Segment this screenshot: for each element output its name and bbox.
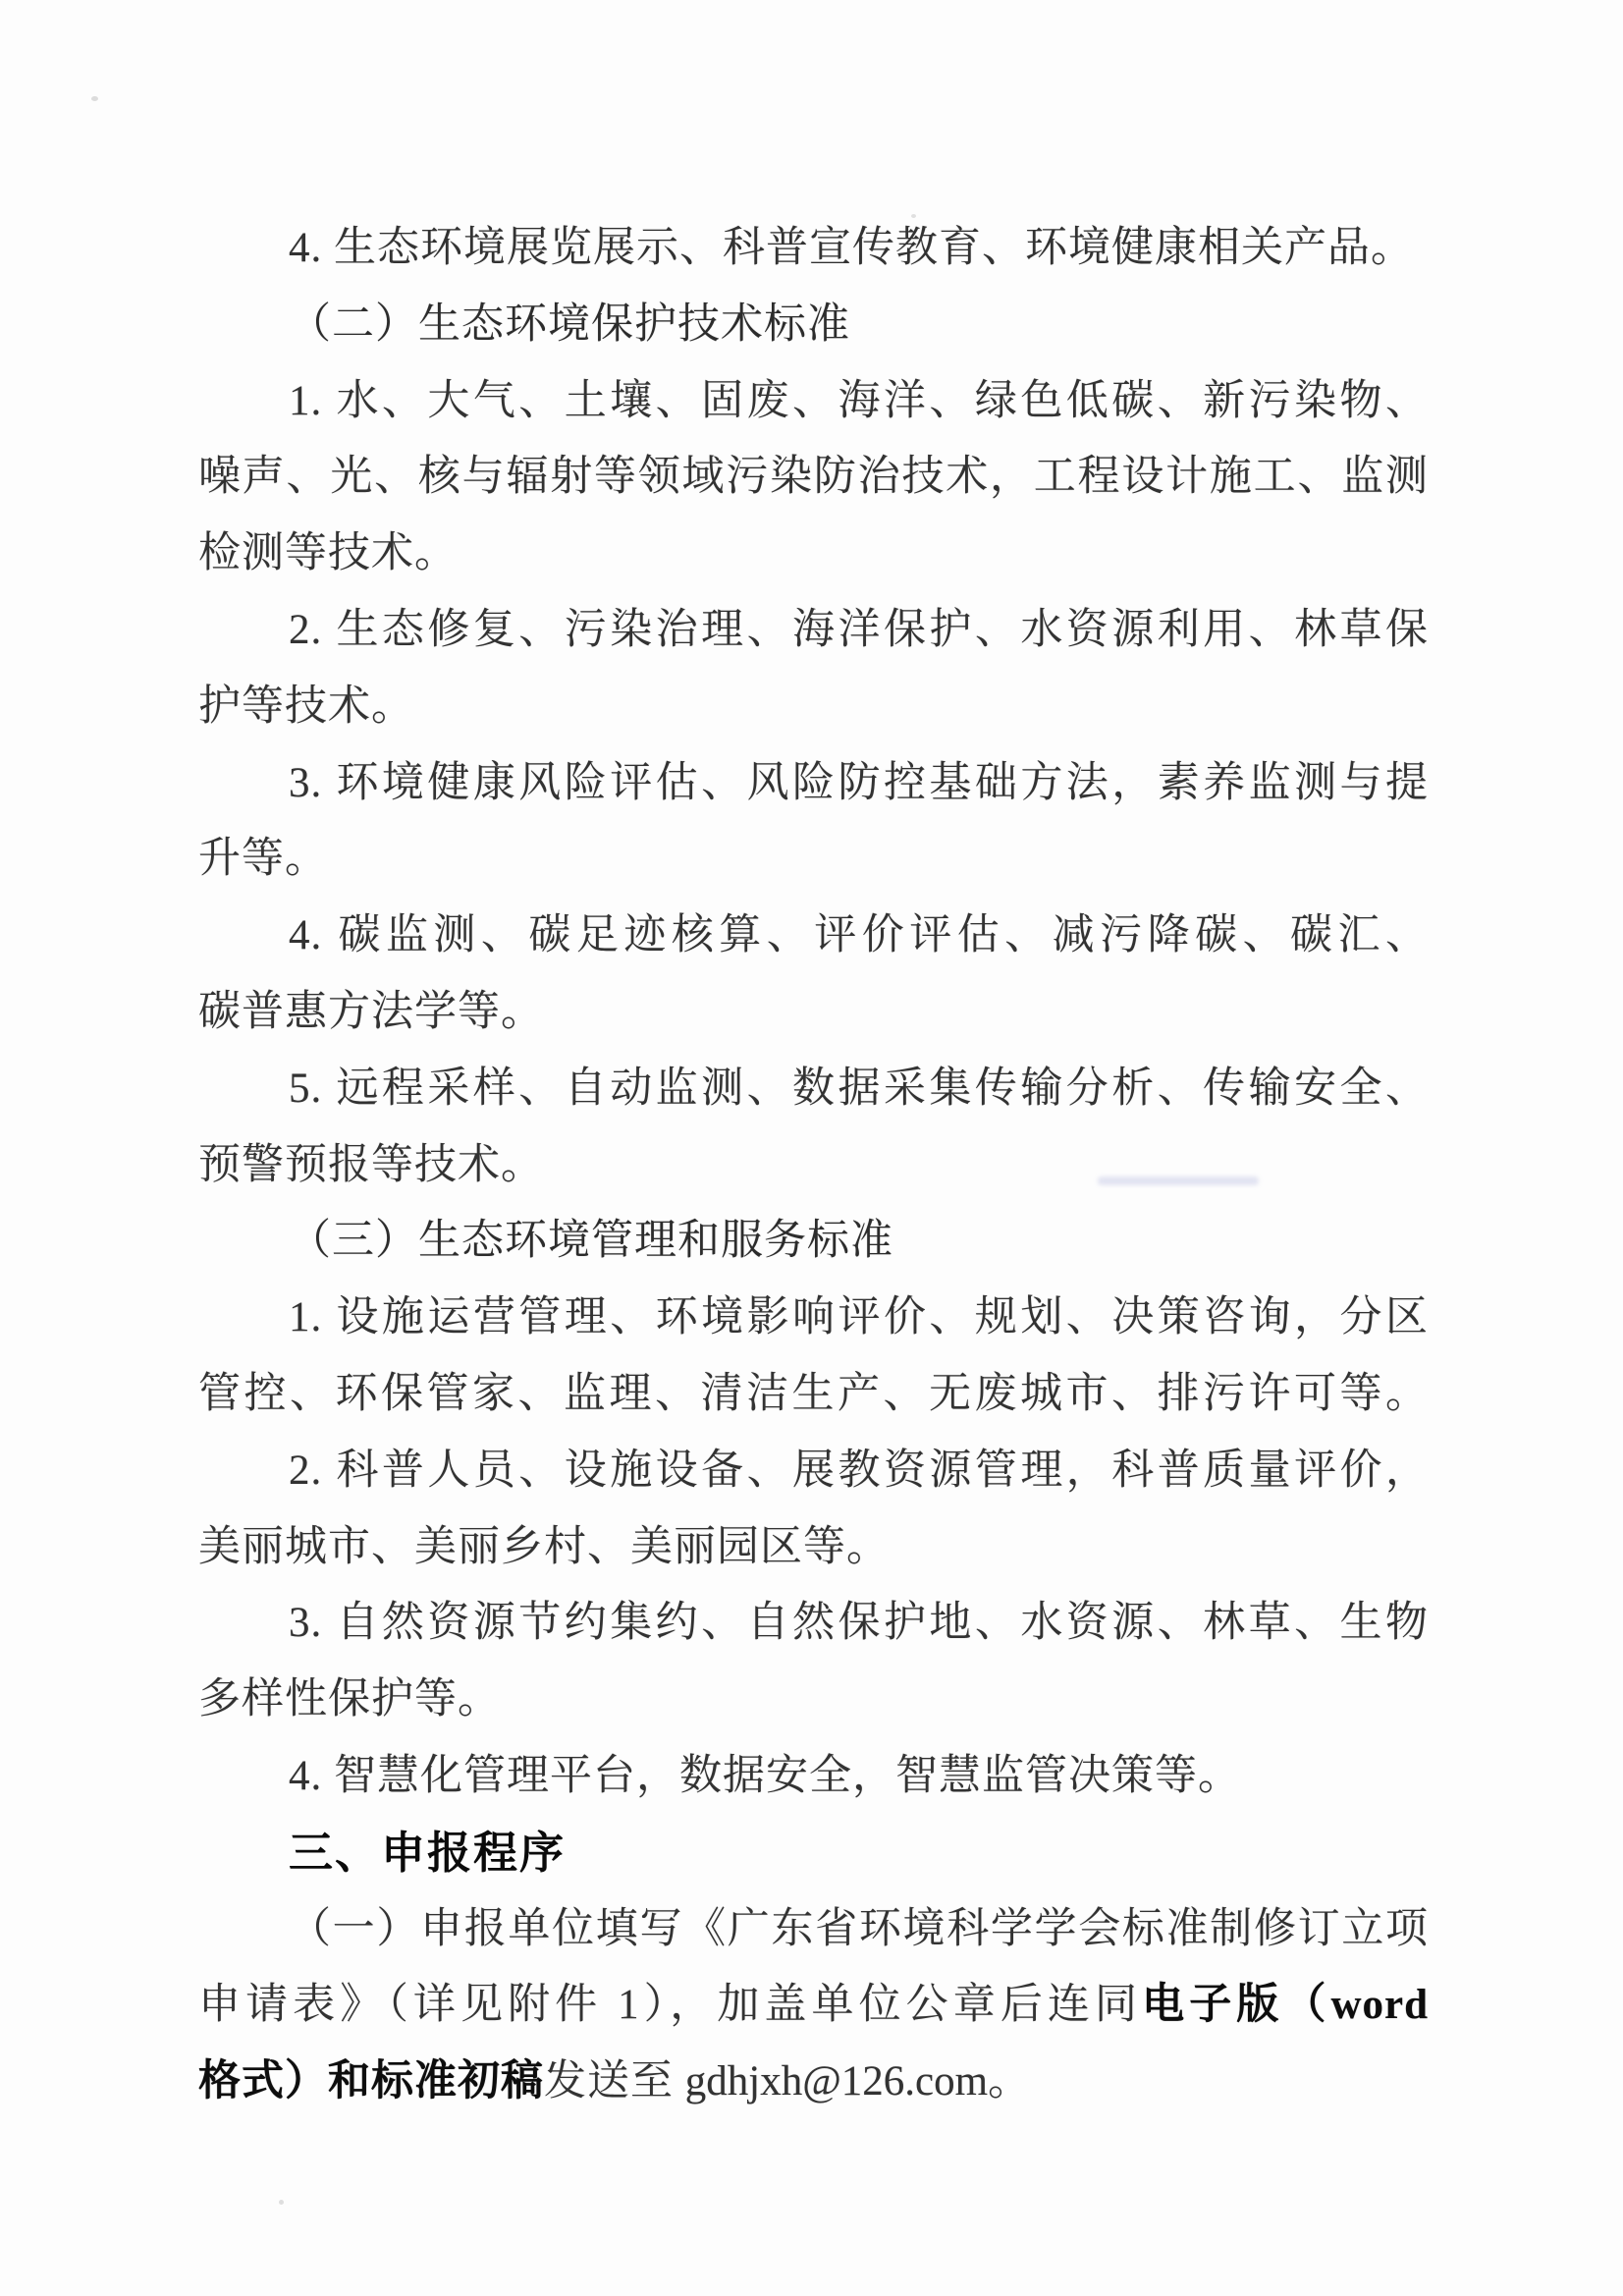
text-line: 4. 碳监测、碳足迹核算、评价评估、减污降碳、碳汇、CCUS、: [198, 898, 1429, 974]
text-line: 碳普惠方法学等。: [198, 974, 1429, 1051]
text-segment: 发送至: [544, 2058, 685, 2105]
text-segment: 3. 环境健康风险评估、风险防控基础方法，素养监测与提: [289, 760, 1429, 806]
document-body: 4. 生态环境展览展示、科普宣传教育、环境健康相关产品。（二）生态环境保护技术标…: [198, 210, 1429, 2120]
text-line: （一）申报单位填写《广东省环境科学学会标准制修订立项: [198, 1891, 1429, 1968]
text-segment: （一）申报单位填写《广东省环境科学学会标准制修订立项: [289, 1906, 1429, 1952]
text-line: 4. 智慧化管理平台，数据安全，智慧监管决策等。: [198, 1738, 1429, 1815]
text-segment: 3. 自然资源节约集约、自然保护地、水资源、林草、生物: [289, 1600, 1429, 1646]
text-line: 升等。: [198, 821, 1429, 898]
text-segment: 4. 智慧化管理平台，数据安全，智慧监管决策等。: [289, 1753, 1241, 1799]
text-segment: 升等。: [198, 836, 328, 882]
scanned-document-page: 4. 生态环境展览展示、科普宣传教育、环境健康相关产品。（二）生态环境保护技术标…: [0, 0, 1623, 2296]
text-segment: 碳普惠方法学等。: [198, 989, 544, 1035]
text-line: 三、申报程序: [198, 1815, 1429, 1891]
text-segment: 管控、环保管家、监理、清洁生产、无废城市、排污许可等。: [198, 1371, 1429, 1417]
text-line: 3. 环境健康风险评估、风险防控基础方法，素养监测与提: [198, 745, 1429, 822]
text-segment: 4. 生态环境展览展示、科普宣传教育、环境健康相关产品。: [289, 225, 1414, 271]
emphasis-text: 格式）和标准初稿: [198, 2058, 544, 2105]
text-segment: 2. 生态修复、污染治理、海洋保护、水资源利用、林草保: [289, 607, 1429, 653]
text-line: 1. 设施运营管理、环境影响评价、规划、决策咨询，分区: [198, 1280, 1429, 1356]
section-heading: （三）生态环境管理和服务标准: [198, 1203, 1429, 1280]
scan-speck: [279, 2200, 284, 2205]
text-segment: 检测等技术。: [198, 530, 458, 576]
section-heading: （二）生态环境保护技术标准: [198, 287, 1429, 363]
text-line: 多样性保护等。: [198, 1662, 1429, 1738]
text-segment: 申请表》（详见附件 1），加盖单位公章后连同: [198, 1982, 1142, 2028]
text-segment: 4. 碳监测、碳足迹核算、评价评估、减污降碳、碳汇、CCUS、: [198, 912, 1429, 974]
bold-heading-text: 三、申报程序: [289, 1828, 566, 1878]
text-line: 噪声、光、核与辐射等领域污染防治技术，工程设计施工、监测: [198, 439, 1429, 516]
text-segment: （三）生态环境管理和服务标准: [289, 1218, 893, 1264]
text-segment: 1. 设施运营管理、环境影响评价、规划、决策咨询，分区: [289, 1294, 1429, 1340]
text-line: 格式）和标准初稿发送至 gdhjxh@126.com。: [198, 2044, 1429, 2120]
text-line: 美丽城市、美丽乡村、美丽园区等。: [198, 1509, 1429, 1586]
text-line: 管控、环保管家、监理、清洁生产、无废城市、排污许可等。: [198, 1356, 1429, 1433]
emphasis-text: 电子版（word: [1142, 1982, 1429, 2028]
text-line: 检测等技术。: [198, 516, 1429, 592]
text-line: 预警预报等技术。: [198, 1127, 1429, 1204]
text-line: 3. 自然资源节约集约、自然保护地、水资源、林草、生物: [198, 1585, 1429, 1662]
text-line: 5. 远程采样、自动监测、数据采集传输分析、传输安全、: [198, 1051, 1429, 1127]
text-line: 4. 生态环境展览展示、科普宣传教育、环境健康相关产品。: [198, 210, 1429, 287]
text-line: 护等技术。: [198, 669, 1429, 745]
text-line: 2. 科普人员、设施设备、展教资源管理，科普质量评价，: [198, 1433, 1429, 1509]
text-segment: 美丽城市、美丽乡村、美丽园区等。: [198, 1524, 890, 1570]
text-segment: 。: [988, 2058, 1031, 2105]
text-segment: 护等技术。: [198, 683, 414, 730]
text-segment: （二）生态环境保护技术标准: [289, 301, 850, 348]
scan-speck: [91, 96, 98, 101]
text-segment: 噪声、光、核与辐射等领域污染防治技术，工程设计施工、监测: [198, 454, 1429, 500]
text-segment: 2. 科普人员、设施设备、展教资源管理，科普质量评价，: [289, 1448, 1429, 1494]
text-line: 申请表》（详见附件 1），加盖单位公章后连同电子版（word: [198, 1967, 1429, 2044]
text-segment: 多样性保护等。: [198, 1676, 501, 1722]
text-line: 2. 生态修复、污染治理、海洋保护、水资源利用、林草保: [198, 592, 1429, 669]
text-line: 1. 水、大气、土壤、固废、海洋、绿色低碳、新污染物、: [198, 363, 1429, 440]
email-text: gdhjxh@126.com: [685, 2058, 988, 2105]
text-segment: 预警预报等技术。: [198, 1142, 544, 1188]
text-segment: 1. 水、大气、土壤、固废、海洋、绿色低碳、新污染物、: [289, 378, 1429, 424]
text-segment: 5. 远程采样、自动监测、数据采集传输分析、传输安全、: [289, 1066, 1429, 1112]
